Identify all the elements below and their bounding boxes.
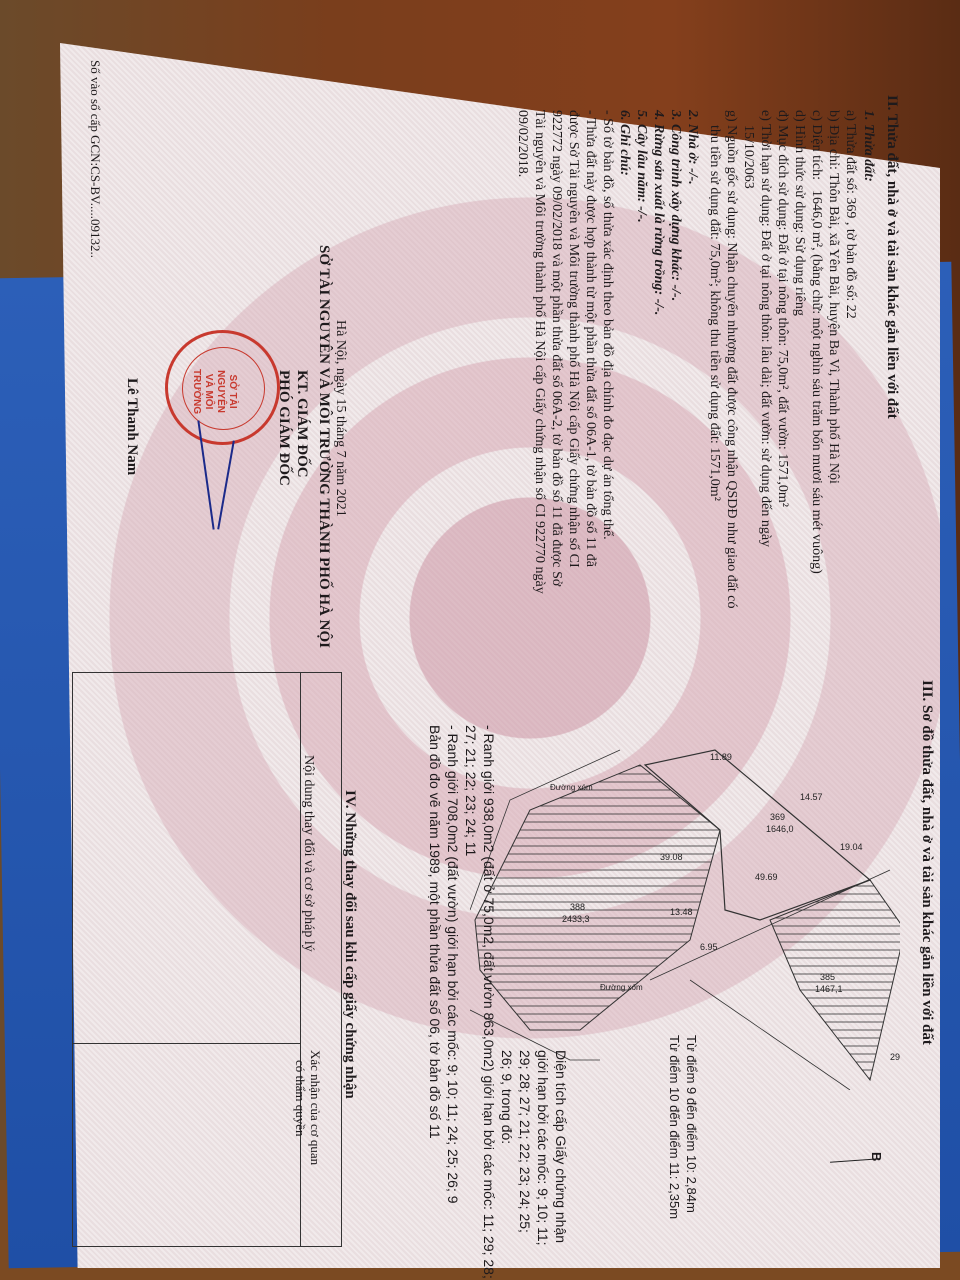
- svg-text:388: 388: [570, 902, 585, 912]
- note-line: được Sở Tài nguyên và Môi trường thành p…: [564, 110, 583, 568]
- svg-text:14.57: 14.57: [800, 792, 823, 802]
- svg-text:6.95: 6.95: [700, 942, 718, 952]
- registry-number: Số vào sổ cấp GCN:CS-BV.....09132..: [86, 60, 105, 258]
- area-desc-line: 26; 9, trong đó:: [498, 1050, 516, 1144]
- issuing-agency: SỞ TÀI NGUYÊN VÀ MÔI TRƯỜNG THÀNH PHỐ HÀ…: [315, 245, 332, 648]
- area-desc-line: - Ranh giới 708,0m2 (đất vườn) giới hạn …: [444, 725, 462, 1204]
- svg-text:290: 290: [890, 1052, 900, 1062]
- origin: g) Nguồn gốc sử dụng: Nhận chuyển nhượng…: [722, 110, 741, 609]
- stamp-label: SỞ TÀI NGUYÊN VÀ MÔI TRƯỜNG: [190, 369, 238, 414]
- area-label: c) Diện tích:: [807, 110, 826, 180]
- svg-text:2433,3: 2433,3: [562, 914, 590, 924]
- official-red-stamp: SỞ TÀI NGUYÊN VÀ MÔI TRƯỜNG: [165, 330, 280, 445]
- svg-text:39.08: 39.08: [660, 852, 683, 862]
- distance-note: Từ điểm 9 đến điểm 10: 2,84m: [682, 1035, 700, 1213]
- other-works: 3. Công trình xây dựng khác: -/-.: [666, 110, 685, 301]
- use-form: d) Hình thức sử dụng: Sử dụng riêng: [790, 110, 809, 316]
- area-desc-line: Bản đồ đo vẽ năm 1989, một phần thửa đất…: [426, 725, 444, 1139]
- section4-title: IV. Những thay đổi sau khi cấp giấy chứn…: [341, 790, 358, 1099]
- area-desc-line: giới hạn bởi các mốc: 9; 10; 11;: [534, 1050, 552, 1246]
- north-label: B: [867, 1152, 885, 1161]
- note-line: - Thửa đất này được hợp thành từ một phầ…: [581, 110, 600, 567]
- forest: 4. Rừng sản xuất là rừng trồng: -/-.: [649, 110, 668, 315]
- svg-text:Đường xóm: Đường xóm: [550, 783, 593, 792]
- parcel-line: a) Thửa đất số: 369 , tờ bản đồ số: 22: [841, 110, 860, 319]
- area-desc-line: Diện tích cấp Giấy chứng nhận: [552, 1050, 570, 1243]
- svg-text:Đường xóm: Đường xóm: [600, 983, 643, 992]
- house: 2. Nhà ở: -/-.: [683, 110, 702, 185]
- area-desc-line: 27; 21; 22; 23; 24; 11: [462, 725, 480, 856]
- use-term-date: 15/10/2063: [739, 125, 758, 189]
- note-line: 09/02/2018.: [513, 110, 532, 177]
- svg-text:1467,1: 1467,1: [815, 984, 843, 994]
- section2-title: II. Thửa đất, nhà ở và tài sản khác gắn …: [883, 95, 900, 419]
- area-desc-line: 29; 28; 27; 21; 22; 23; 24; 25;: [516, 1050, 534, 1233]
- land-heading: 1. Thửa đất:: [859, 110, 878, 182]
- note-line: 922772 ngày 09/02/2018 và một phần thửa …: [547, 110, 566, 586]
- origin-cont: thu tiền sử dụng đất: 75,0m²; không thu …: [705, 125, 724, 501]
- section3-title: III. Sơ đồ thửa đất, nhà ở và tài sản kh…: [918, 680, 935, 1045]
- distance-note: Từ điểm 10 đến điểm 11: 2,35m: [665, 1035, 683, 1219]
- use-term: e) Thời hạn sử dụng: Đất ở tại nông thôn…: [756, 110, 775, 547]
- svg-text:49.69: 49.69: [755, 872, 778, 882]
- signer-name: Lê Thanh Nam: [123, 378, 140, 475]
- use-purpose: đ) Mục đích sử dụng: Đất ở tại nông thôn…: [773, 110, 792, 507]
- note-line: - Số tờ bản đồ, số thửa xác định theo bả…: [598, 110, 617, 540]
- parcel-369-label: 369: [770, 812, 785, 822]
- authority-column-header-cont: có thẩm quyền: [291, 1060, 310, 1137]
- svg-text:13.48: 13.48: [670, 907, 693, 917]
- changes-column-header: Nội dung thay đổi và cơ sở pháp lý: [299, 755, 318, 952]
- svg-text:19.04: 19.04: [840, 842, 863, 852]
- issue-date: Hà Nội, ngày 15 tháng 7 năm 2021: [331, 320, 350, 517]
- svg-text:1646,0: 1646,0: [766, 824, 794, 834]
- note-line: Tài nguyên và Môi trường thành phố Hà Nộ…: [530, 110, 549, 594]
- notes-heading: 6. Ghi chú:: [615, 110, 634, 176]
- signer-role: KT. GIÁM ĐỐC: [293, 370, 310, 478]
- area-desc-line: - Ranh giới 938,0m2 (đất ở 75,0m2, đất v…: [480, 725, 498, 1279]
- area-value: 1646,0 m², (bằng chữ: một nghìn sáu trăm…: [807, 190, 826, 574]
- perennial: 5. Cây lâu năm: -/-.: [632, 110, 651, 223]
- address-line: b) Địa chỉ: Thôn Bài, xã Yên Bài, huyện …: [824, 110, 843, 484]
- svg-text:385: 385: [820, 972, 835, 982]
- svg-text:11.89: 11.89: [710, 752, 732, 762]
